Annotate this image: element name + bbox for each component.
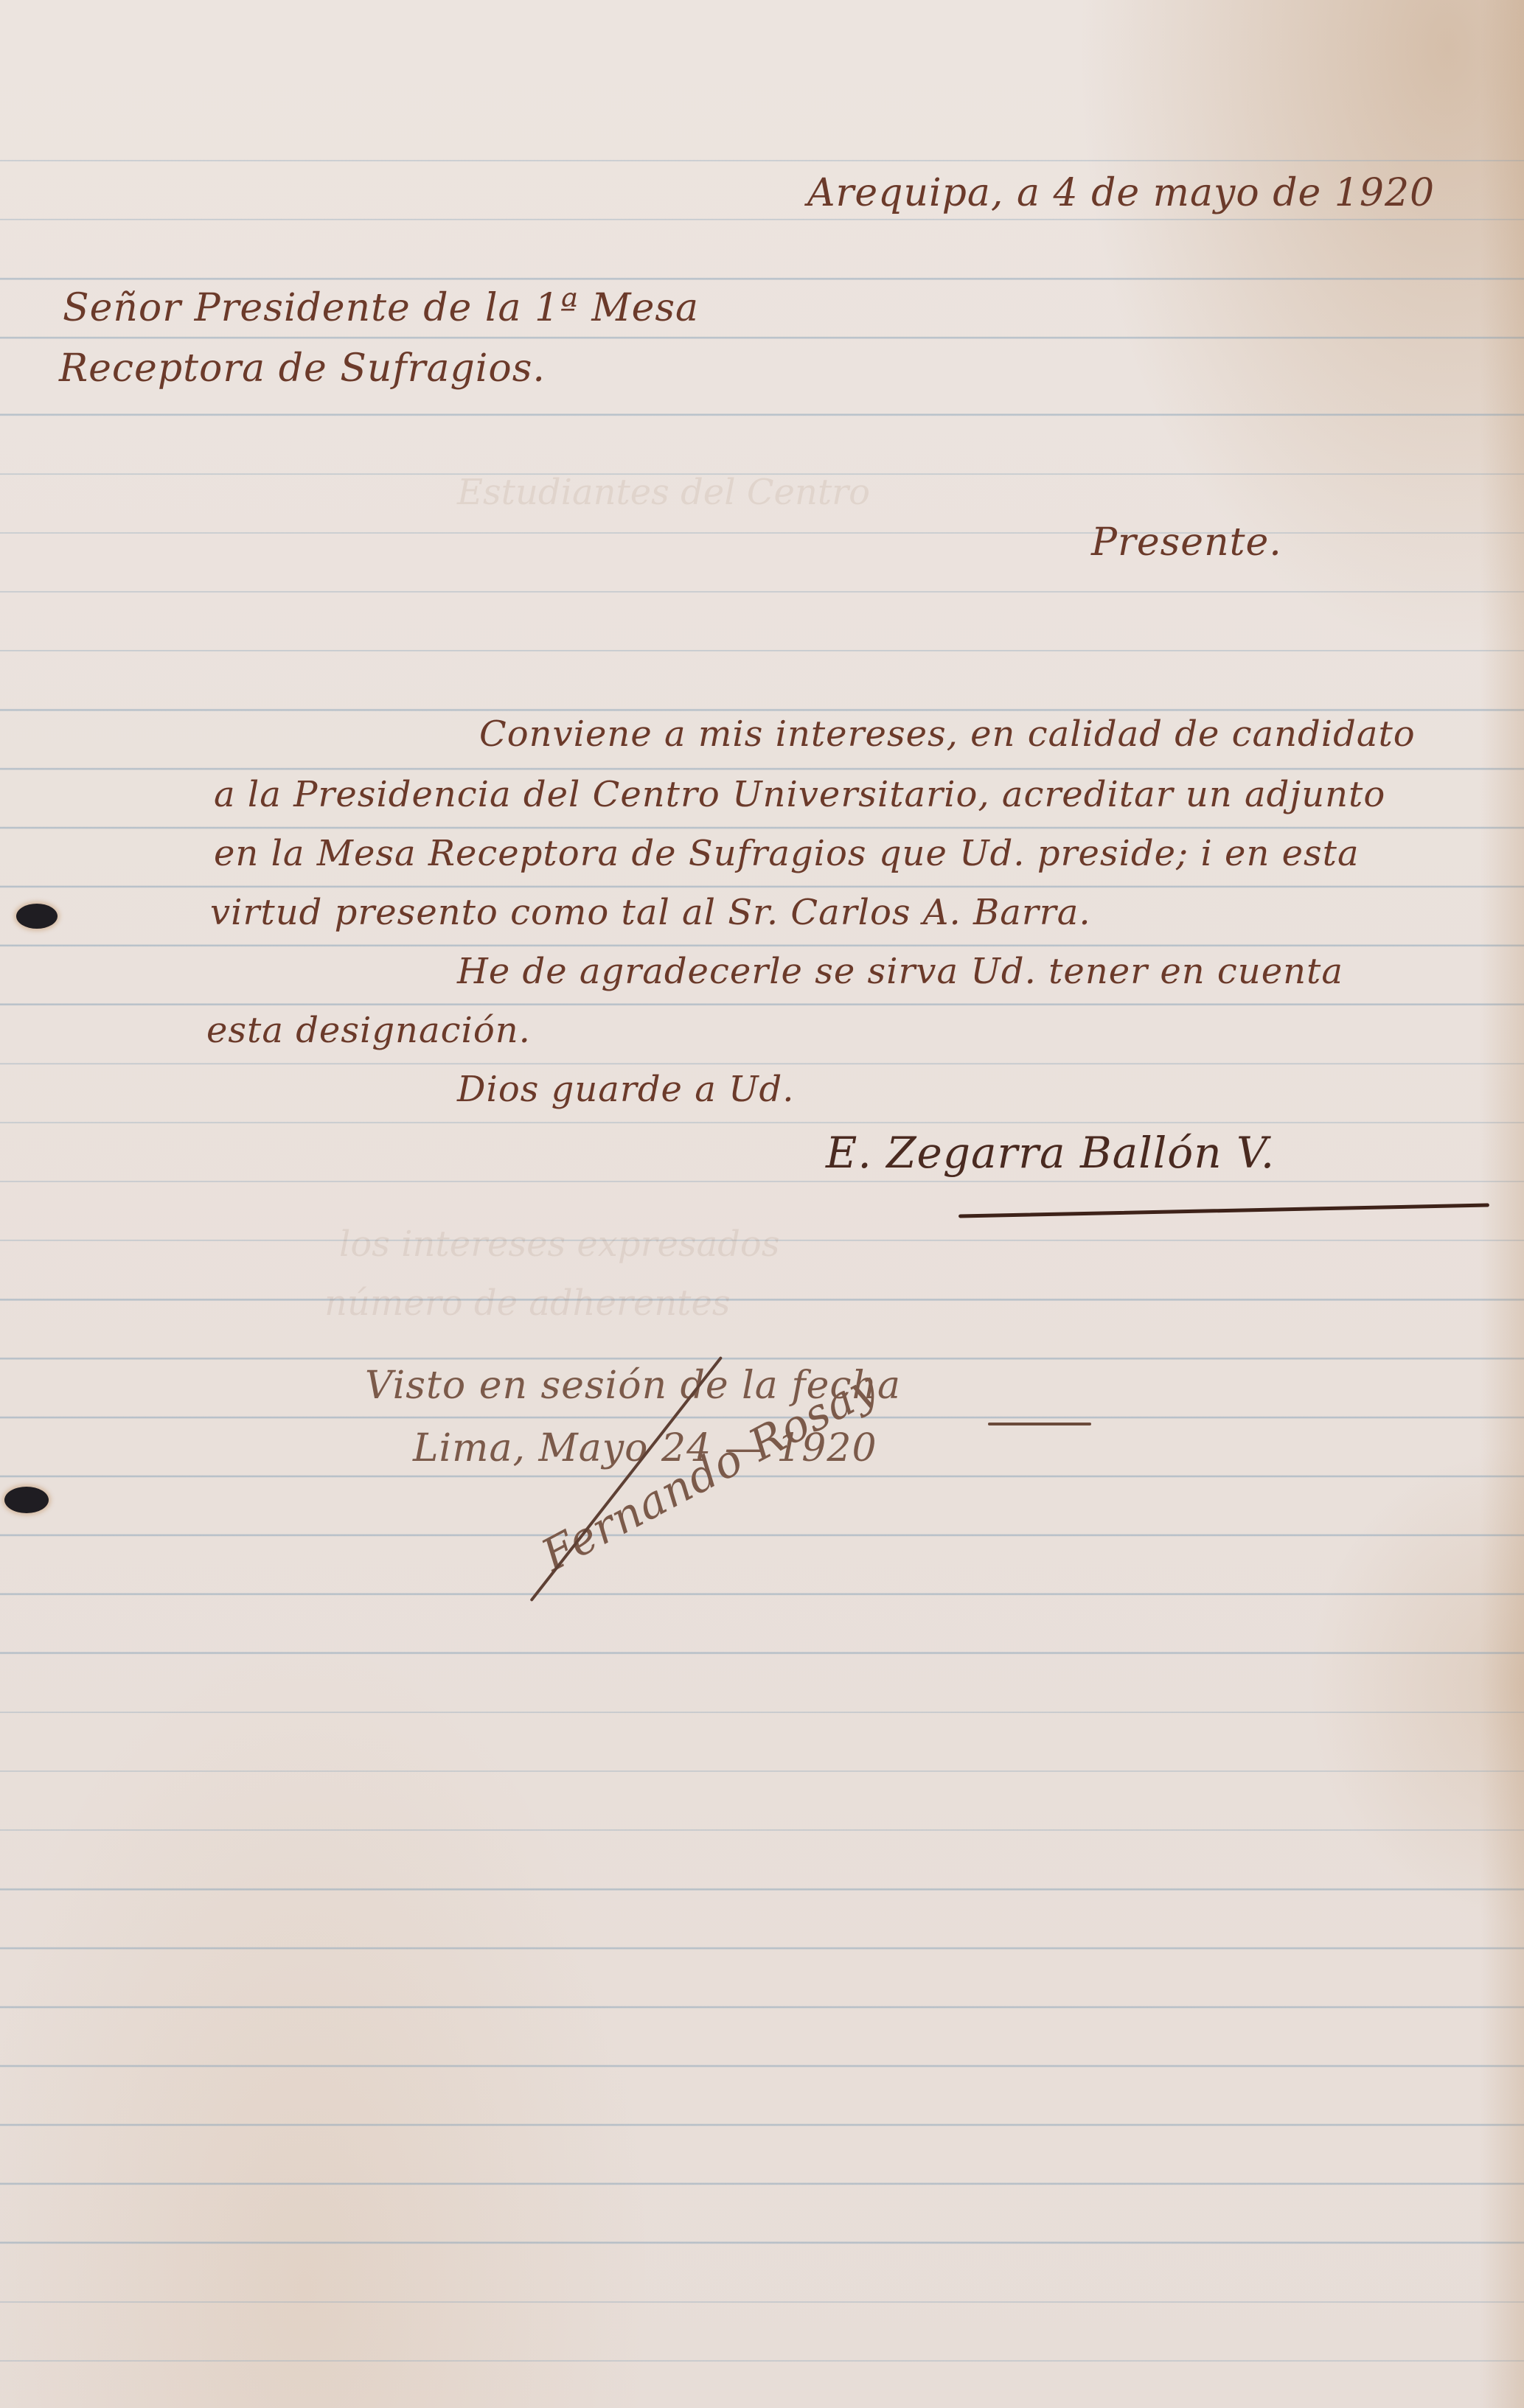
author-signature: E. Zegarra Ballón V. [826, 1128, 1275, 1178]
body-line-1: Conviene a mis intereses, en calidad de … [479, 713, 1416, 755]
bleed-through-text: número de adherentes [324, 1282, 731, 1324]
punch-hole-top [16, 904, 58, 929]
presente-label: Presente. [1091, 520, 1282, 565]
body-line-4: virtud presento como tal al Sr. Carlos A… [210, 892, 1091, 933]
bleed-through-text: Estudiantes del Centro [457, 472, 870, 513]
body-line-5: He de agradecerle se sirva Ud. tener en … [457, 951, 1343, 992]
punch-hole-bottom [4, 1487, 49, 1513]
body-line-2: a la Presidencia del Centro Universitari… [214, 774, 1385, 815]
letter-page: Estudiantes del Centro los intereses exp… [0, 0, 1524, 2408]
annotation-underline [988, 1423, 1091, 1425]
body-line-3: en la Mesa Receptora de Sufragios que Ud… [214, 833, 1360, 874]
bleed-through-text: los intereses expresados [339, 1224, 779, 1265]
addressee-line-1: Señor Presidente de la 1ª Mesa [63, 286, 699, 330]
place-date: Arequipa, a 4 de mayo de 1920 [807, 171, 1435, 215]
body-line-6: esta designación. [206, 1010, 531, 1051]
addressee-line-2: Receptora de Sufragios. [59, 346, 546, 391]
closing-line: Dios guarde a Ud. [457, 1069, 795, 1110]
